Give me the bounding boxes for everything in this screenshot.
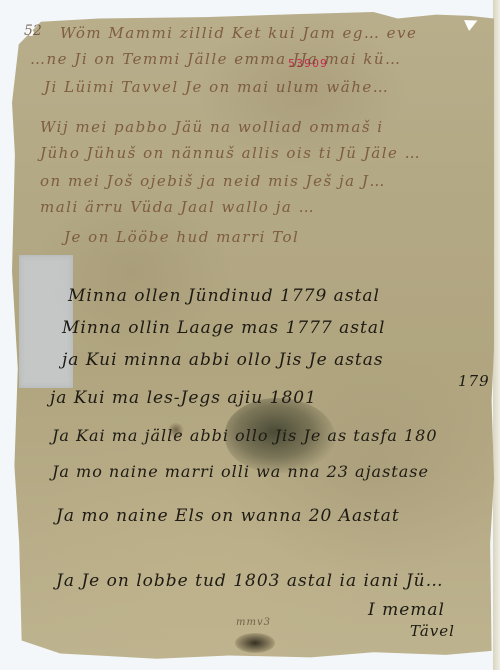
dark-line-8: Ja Je on lobbe tud 1803 astal ia iani Jü… bbox=[56, 571, 444, 591]
dark-line-5: Ja Kai ma jälle abbi ollo Jis Je as tasf… bbox=[52, 426, 438, 445]
faded-line-2: …ne Ji on Temmi Jälle emma JJa mai kü… bbox=[30, 50, 402, 68]
faded-line-3: Ji Lüimi Tavvel Je on mai ulum wähe… bbox=[44, 78, 389, 96]
document-scan: 52 53909 Wöm Mammi zillid Ket kui Jam eg… bbox=[0, 0, 500, 670]
dark-line-1: Minna ollen Jündinud 1779 astal bbox=[68, 286, 380, 306]
margin-note: 179 bbox=[458, 372, 490, 390]
dark-line-2: Minna ollin Laage mas 1777 astal bbox=[62, 318, 385, 338]
ink-stain-bottom bbox=[235, 633, 275, 653]
faded-line-8: Je on Lööbe hud marri Tol bbox=[64, 228, 299, 246]
dark-line-6: Ja mo naine marri olli wa nna 23 ajastas… bbox=[52, 462, 429, 481]
scanner-edge bbox=[493, 0, 500, 670]
faded-line-1: Wöm Mammi zillid Ket kui Jam eg… eve bbox=[60, 24, 417, 42]
dark-line-3: ja Kui minna abbi ollo Jis Je astas bbox=[62, 350, 384, 370]
dark-line-4: ja Kui ma les-Jegs ajiu 1801 bbox=[50, 388, 317, 408]
faded-line-7: mali ärru Vüda Jaal wallo ja … bbox=[40, 198, 315, 216]
signature-line-1: I memal bbox=[368, 600, 445, 620]
faded-line-6: on mei Još ojebiš ja neid mis Ješ ja J… bbox=[40, 172, 386, 190]
faded-line-5: Jüho Jühuš on nännuš allis ois ti Jü Jäl… bbox=[40, 144, 421, 162]
dark-line-7: Ja mo naine Els on wanna 20 Aastat bbox=[56, 506, 400, 526]
page-number: 52 bbox=[24, 23, 42, 39]
bottom-doodle: mmv3 bbox=[236, 617, 271, 628]
faded-line-4: Wij mei pabbo Jäü na wolliad ommaš i bbox=[40, 118, 384, 136]
signature-line-2: Tävel bbox=[410, 622, 455, 640]
